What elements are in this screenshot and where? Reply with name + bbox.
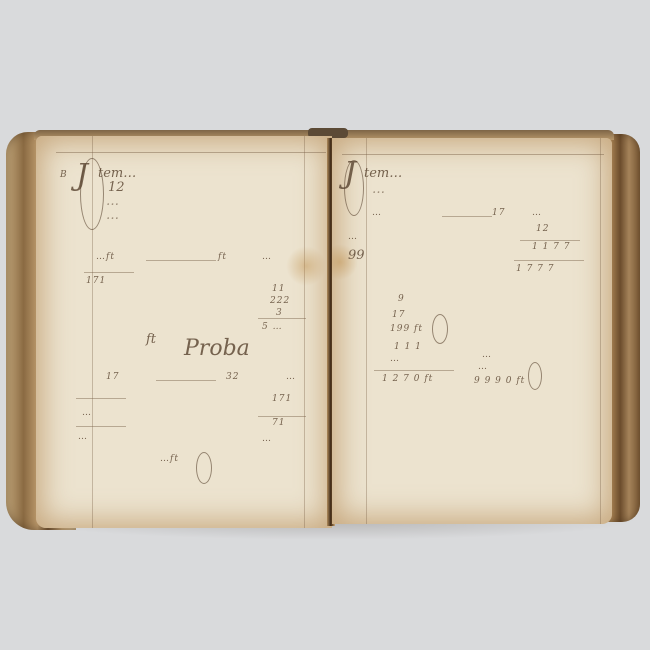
calc-line-1-dash: [146, 260, 216, 261]
right-column-2-3: 71: [272, 418, 285, 428]
middle-calc-2: 17: [392, 310, 405, 320]
margin-mark: B: [60, 170, 68, 180]
left-sum-rule-a: [76, 398, 126, 399]
right-sum-rule-2: [514, 260, 584, 261]
right-calc-1: …: [482, 350, 492, 360]
right-column-2-1: 171: [272, 394, 292, 404]
left-column-2-2: …: [78, 432, 88, 442]
initial-flourish: [344, 160, 364, 216]
left-column-2-1: …: [82, 408, 92, 418]
calc-line-1-middle: ft: [218, 252, 227, 262]
proba-word: Proba: [184, 336, 250, 361]
right-page: J tem… … … 17 … … 99 12 1 1 7 7 1 7 7 7 …: [332, 138, 612, 524]
initial-flourish: [80, 158, 104, 230]
right-column-2-4: …: [262, 434, 272, 444]
calc-line-2-middle: 32: [226, 372, 239, 382]
right-margin-rule: [600, 138, 601, 524]
left-number-2: 99: [348, 248, 365, 263]
middle-calc-4: 1 1 1: [394, 342, 422, 352]
left-margin-rule: [366, 138, 367, 524]
right-column-2: 222: [270, 296, 290, 306]
heading-line-1: tem…: [98, 166, 136, 181]
left-page: B J tem… 12 … … …ft ft … 171 11 222 3 5 …: [36, 136, 332, 528]
heading-line-2: 12: [108, 180, 125, 195]
middle-calc-flourish: [432, 314, 448, 344]
right-column-4: 1 7 7 7: [516, 264, 555, 274]
right-calc-flourish: [528, 362, 542, 390]
calc-line-1-dash: [442, 216, 492, 217]
heading-line-1: tem…: [364, 166, 402, 181]
calc-line-1-right: …: [532, 208, 542, 218]
left-sum-rule-b: [76, 426, 126, 427]
right-calc-3: 9 9 9 0 ft: [474, 376, 525, 386]
calc-line-1-middle: 17: [492, 208, 505, 218]
calc-line-2-dash: [156, 380, 216, 381]
right-column-3: 1 1 7 7: [532, 242, 571, 252]
calc-line-2-left: 17: [106, 372, 119, 382]
calculation-notes: ft: [146, 332, 156, 347]
right-column-4: 5 …: [262, 322, 283, 332]
bottom-note: …ft: [160, 454, 179, 464]
heading-line-4: …: [106, 208, 119, 223]
right-margin-rule: [304, 136, 305, 528]
calc-line-2-right: …: [286, 372, 296, 382]
right-column-1: 12: [536, 224, 549, 234]
sum-rule-1: [84, 272, 134, 273]
right-column-1: 11: [272, 284, 285, 294]
photo-scene: B J tem… 12 … … …ft ft … 171 11 222 3 5 …: [0, 0, 650, 650]
right-sum-rule: [258, 318, 306, 319]
right-calc-2: …: [478, 362, 488, 372]
left-number-1: …: [348, 232, 358, 242]
top-rule: [56, 152, 326, 153]
bottom-flourish: [196, 452, 212, 484]
right-sum-rule-1: [520, 240, 580, 241]
middle-calc-6: 1 2 7 0 ft: [382, 374, 433, 384]
right-sum-rule-2: [258, 416, 306, 417]
paper-stain: [286, 246, 326, 286]
calc-line-1-right: …: [262, 252, 272, 262]
middle-calc-1: 9: [398, 294, 405, 304]
top-rule: [342, 154, 604, 155]
calc-line-1-left: …: [372, 208, 382, 218]
right-column-3: 3: [276, 308, 283, 318]
middle-calc-5: …: [390, 354, 400, 364]
heading-line-2: …: [372, 182, 385, 197]
middle-sum-rule: [374, 370, 454, 371]
middle-calc-3: 199 ft: [390, 324, 423, 334]
heading-line-3: …: [106, 194, 119, 209]
calc-line-1-left: …ft: [96, 252, 115, 262]
sum-1: 171: [86, 276, 106, 286]
